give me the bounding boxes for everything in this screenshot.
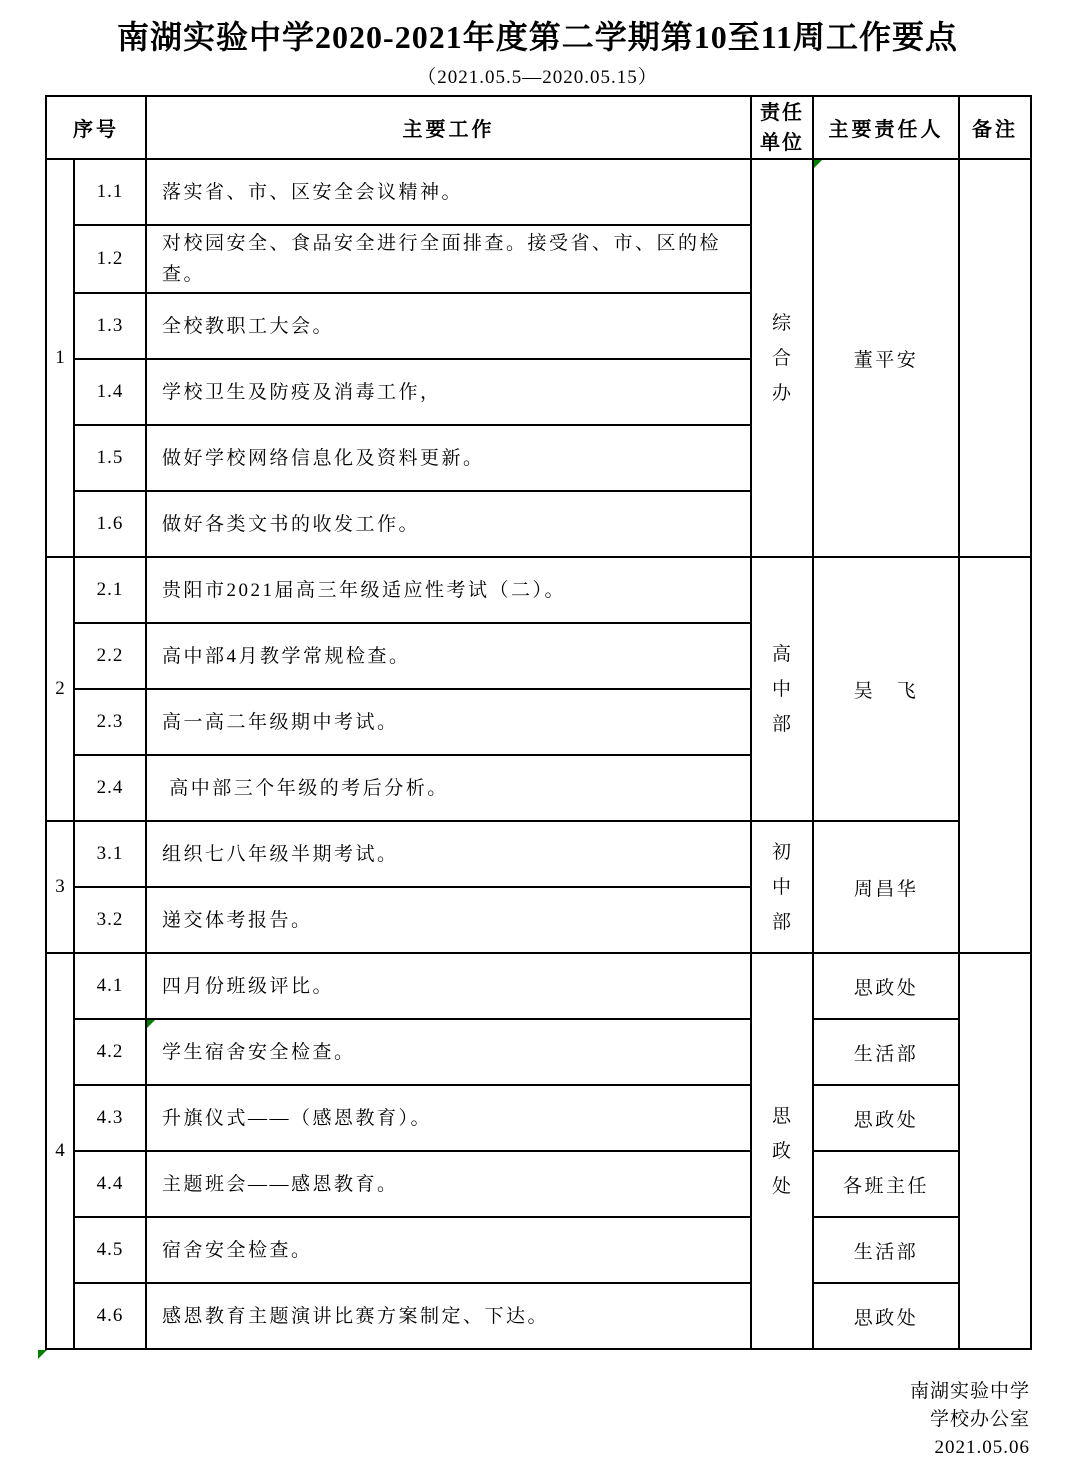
person-cell: 各班主任 [813,1151,959,1217]
work-table: 序号 主要工作 责任 单位 主要责任人 备注 1 1.1 落实省、市、区安全会议… [45,95,1032,1350]
header-note: 备注 [959,96,1031,159]
note-cell [959,953,1031,1349]
person-cell: 周昌华 [813,821,959,953]
work-text: 学生宿舍安全检查。 [162,1042,356,1063]
table-row: 4.3 升旗仪式——（感恩教育）。 思政处 [46,1085,1031,1151]
unit-cell: 综 合 办 [751,159,813,557]
sub-number-cell: 1.6 [74,491,146,557]
work-cell: 宿舍安全检查。 [146,1217,751,1283]
document-title: 南湖实验中学2020-2021年度第二学期第10至11周工作要点 [0,12,1075,58]
sub-number-cell: 2.1 [74,557,146,623]
error-indicator-icon [38,1350,47,1359]
person-cell: 生活部 [813,1019,959,1085]
footer-office: 学校办公室 [910,1406,1030,1434]
work-cell: 高一高二年级期中考试。 [146,689,751,755]
error-indicator-icon [147,1020,155,1028]
footer-date: 2021.05.06 [910,1434,1030,1462]
person-cell: 吴 飞 [813,557,959,821]
table-row: 4.4 主题班会——感恩教育。 各班主任 [46,1151,1031,1217]
work-cell: 做好学校网络信息化及资料更新。 [146,425,751,491]
work-cell: 贵阳市2021届高三年级适应性考试（二）。 [146,557,751,623]
sub-number-cell: 4.6 [74,1283,146,1349]
work-cell: 组织七八年级半期考试。 [146,821,751,887]
work-cell: 升旗仪式——（感恩教育）。 [146,1085,751,1151]
work-cell: 递交体考报告。 [146,887,751,953]
table-row: 4 4.1 四月份班级评比。 思 政 处 思政处 [46,953,1031,1019]
sub-number-cell: 4.5 [74,1217,146,1283]
document-footer: 南湖实验中学 学校办公室 2021.05.06 [910,1378,1030,1462]
sub-number-cell: 3.2 [74,887,146,953]
note-cell [959,159,1031,557]
unit-cell: 初 中 部 [751,821,813,953]
person-name: 董平安 [854,350,919,371]
header-row: 序号 主要工作 责任 单位 主要责任人 备注 [46,96,1031,159]
person-cell: 思政处 [813,1283,959,1349]
header-person: 主要责任人 [813,96,959,159]
table-row: 1 1.1 落实省、市、区安全会议精神。 综 合 办 董平安 [46,159,1031,225]
table-row: 4.5 宿舍安全检查。 生活部 [46,1217,1031,1283]
footer-school: 南湖实验中学 [910,1378,1030,1406]
header-work: 主要工作 [146,96,751,159]
sub-number-cell: 4.4 [74,1151,146,1217]
group-number-cell: 1 [46,159,74,557]
work-cell: 感恩教育主题演讲比赛方案制定、下达。 [146,1283,751,1349]
work-cell: 高中部三个年级的考后分析。 [146,755,751,821]
sub-number-cell: 2.4 [74,755,146,821]
sub-number-cell: 2.3 [74,689,146,755]
work-cell: 做好各类文书的收发工作。 [146,491,751,557]
header-no: 序号 [46,96,146,159]
error-indicator-icon [814,160,822,168]
sub-number-cell: 4.1 [74,953,146,1019]
person-cell: 生活部 [813,1217,959,1283]
sub-number-cell: 1.2 [74,225,146,293]
person-cell: 思政处 [813,1085,959,1151]
person-cell: 思政处 [813,953,959,1019]
sub-number-cell: 4.3 [74,1085,146,1151]
work-cell: 全校教职工大会。 [146,293,751,359]
table-row: 2 2.1 贵阳市2021届高三年级适应性考试（二）。 高 中 部 吴 飞 [46,557,1031,623]
document-page: 南湖实验中学2020-2021年度第二学期第10至11周工作要点 （2021.0… [0,0,1075,1471]
sub-number-cell: 1.1 [74,159,146,225]
work-cell: 主题班会——感恩教育。 [146,1151,751,1217]
header-unit: 责任 单位 [751,96,813,159]
note-cell [959,557,1031,953]
work-cell: 对校园安全、食品安全进行全面排查。接受省、市、区的检查。 [146,225,751,293]
work-cell: 学生宿舍安全检查。 [146,1019,751,1085]
work-cell: 学校卫生及防疫及消毒工作， [146,359,751,425]
document-subtitle: （2021.05.5—2020.05.15） [0,62,1075,89]
person-cell: 董平安 [813,159,959,557]
sub-number-cell: 4.2 [74,1019,146,1085]
group-number-cell: 2 [46,557,74,821]
unit-cell: 高 中 部 [751,557,813,821]
sub-number-cell: 1.5 [74,425,146,491]
sub-number-cell: 3.1 [74,821,146,887]
sub-number-cell: 1.3 [74,293,146,359]
work-cell: 四月份班级评比。 [146,953,751,1019]
work-cell: 高中部4月教学常规检查。 [146,623,751,689]
sub-number-cell: 1.4 [74,359,146,425]
work-cell: 落实省、市、区安全会议精神。 [146,159,751,225]
unit-cell: 思 政 处 [751,953,813,1349]
group-number-cell: 3 [46,821,74,953]
table-row: 4.6 感恩教育主题演讲比赛方案制定、下达。 思政处 [46,1283,1031,1349]
table-row: 4.2 学生宿舍安全检查。 生活部 [46,1019,1031,1085]
sub-number-cell: 2.2 [74,623,146,689]
group-number-cell: 4 [46,953,74,1349]
table-row: 3 3.1 组织七八年级半期考试。 初 中 部 周昌华 [46,821,1031,887]
